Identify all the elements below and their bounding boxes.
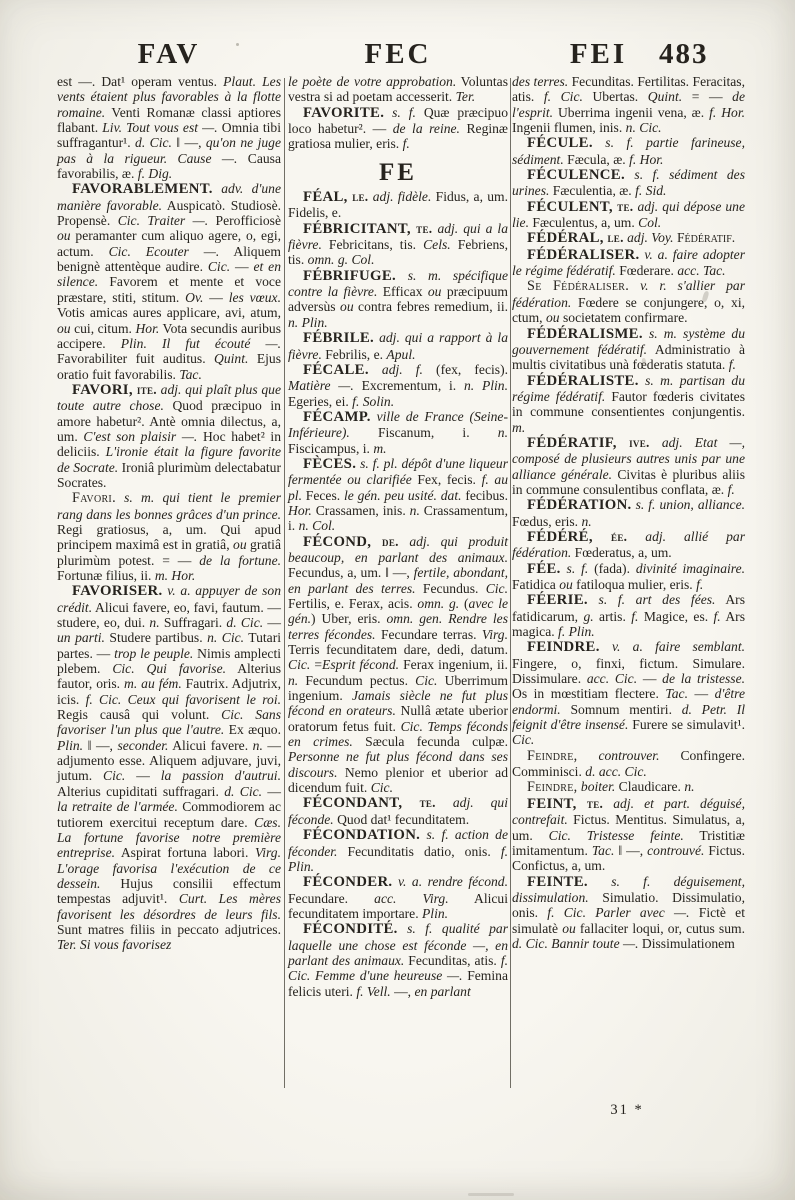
dictionary-entry: FEINDRE. v. a. faire semblant. Fingere, … [512,639,745,747]
headword: FEINT, [527,796,577,812]
dictionary-entry: FÉCALE. adj. f. (fex, fecis). Matière —.… [288,362,508,409]
ink-speck [468,1193,514,1196]
headword: FÉCALE. [303,362,369,378]
headword: FÉCONDITÉ. [303,921,398,937]
text-column-right: des terres. Fecunditas. Fertilitas. Fera… [512,74,745,951]
headword: FÉDÉRALISER. [527,247,640,263]
sub-headword: Se Fédéraliser. [527,278,629,294]
text-column-left: est —. Dat¹ operam ventus. Plaut. Les ve… [57,74,281,953]
headword: FÉDÉRATIF, [527,435,617,451]
dictionary-entry: FÉDÉRALISME. s. m. système du gouverneme… [512,326,745,373]
headword: FÉDÉRÉ, [527,529,593,545]
headword-inflection: ive. [617,435,650,450]
entry-continuation: le poète de votre approbation. Voluntas … [288,74,508,105]
text-column-middle: le poète de votre approbation. Voluntas … [288,74,508,999]
headword: FÉCOND, [303,534,371,550]
dictionary-entry: Feindre, boiter. Claudicare. n. [512,779,745,795]
headword: FÉDÉRALISTE. [527,373,639,389]
column-rule-right [510,78,511,1088]
headword-inflection: le. [604,230,624,245]
headword: FAVORISER. [72,583,163,599]
headword: FÉBRILE. [303,330,374,346]
headword: FÉCULE. [527,135,593,151]
running-head-left: FAV [57,38,281,74]
headword: FÉCONDER. [303,874,392,890]
dictionary-entry: FÉERIE. s. f. art des fées. Ars fatidica… [512,592,745,639]
sub-headword: Feindre, [527,779,578,795]
dictionary-entry: FÉDÉRATION. s. f. union, alliance. Fœdus… [512,497,745,529]
dictionary-entry: FÉCULE. s. f. partie farineuse, sédiment… [512,135,745,167]
dictionary-entry: FÉCONDATION. s. f. action de féconder. F… [288,827,508,874]
headword: FÉCONDANT, [303,795,402,811]
dictionary-entry: FEINTE. s. f. déguisement, dissimulation… [512,874,745,952]
dictionary-entry: FAVORITE. s. f. Quæ præcipuo loco habetu… [288,105,508,152]
dictionary-entry: FÉAL, le. adj. fidèle. Fidus, a, um. Fid… [288,189,508,221]
signature-mark: 31 * [592,1102,662,1119]
dictionary-entry: FÉCULENT, te. adj. qui dépose une lie. F… [512,199,745,231]
dictionary-entry: FÉBRICITANT, te. adj. qui a la fièvre. F… [288,221,508,268]
scanned-dictionary-page: FAV FEC FEI 483 est —. Dat¹ operam ventu… [0,0,795,1200]
dictionary-entry: FÉCONDER. v. a. rendre fécond. Fecundare… [288,874,508,921]
page-number: 483 [659,38,745,74]
headword: FÈCES. [303,456,356,472]
dictionary-entry: FÈCES. s. f. pl. dépôt d'une liqueur fer… [288,456,508,534]
headword: FÉERIE. [527,592,588,608]
dictionary-entry: FAVORI, ite. adj. qui plaît plus que tou… [57,382,281,490]
dictionary-entry: FÉDÉRÉ, ée. adj. allié par fédération. F… [512,529,745,561]
headword-inflection: te. [613,199,634,214]
column-rule-left [284,78,285,1088]
dictionary-entry: FÉCULENCE. s. f. sédiment des urines. Fæ… [512,167,745,199]
headword-inflection: te. [402,795,436,810]
headword-inflection: te. [577,796,604,811]
headword: FÉDÉRATION. [527,497,632,513]
headword: FÉDÉRAL, [527,230,604,246]
dictionary-entry: FÉDÉRATIF, ive. adj. Etat —, composé de … [512,435,745,497]
dictionary-entry: Favori. s. m. qui tient le premier rang … [57,490,281,583]
dictionary-entry: FÉE. s. f. (fada). divinité imaginaire. … [512,561,745,593]
headword-inflection: ée. [593,529,627,544]
dictionary-entry: FEINT, te. adj. et part. déguisé, contre… [512,796,745,874]
headword: FÉCONDATION. [303,827,420,843]
sub-headword: Favori. [72,490,116,506]
headword: FÉCULENT, [527,199,613,215]
headword-inflection: le. [348,189,369,204]
sub-headword: Feindre, [527,748,578,764]
running-head-center: FEC [288,38,508,74]
headword: FÉCAMP. [303,409,371,425]
headword: FEINDRE. [527,639,600,655]
section-heading: FE [288,165,508,180]
headword-inflection: te. [411,221,433,236]
entry-continuation: des terres. Fecunditas. Fertilitas. Fera… [512,74,745,135]
headword: FAVORABLEMENT. [72,181,213,197]
ink-speck [236,43,239,46]
headword: FÉE. [527,561,561,577]
headword-inflection: de. [371,534,399,549]
headword: FÉCULENCE. [527,167,625,183]
dictionary-entry: FAVORISER. v. a. appuyer de son crédit. … [57,583,281,952]
dictionary-entry: FÉCONDANT, te. adj. qui féconde. Quod da… [288,795,508,827]
headword: FÉBRICITANT, [303,221,411,237]
headword: FÉDÉRALISME. [527,326,643,342]
headword: FAVORITE. [303,105,384,121]
dictionary-entry: FAVORABLEMENT. adv. d'une manière favora… [57,181,281,381]
entry-continuation: est —. Dat¹ operam ventus. Plaut. Les ve… [57,74,281,181]
dictionary-entry: FÉBRIFUGE. s. m. spécifique contre la fi… [288,268,508,330]
dictionary-entry: FÉCOND, de. adj. qui produit beaucoup, e… [288,534,508,796]
dictionary-entry: FÉDÉRALISER. v. a. faire adopter le régi… [512,247,745,279]
dictionary-entry: FÉDÉRALISTE. s. m. partisan du régime fé… [512,373,745,435]
dictionary-entry: FÉCONDITÉ. s. f. qualité par laquelle un… [288,921,508,999]
running-head-right-label: FEI [512,38,659,74]
headword: FEINTE. [527,874,588,890]
dictionary-entry: FÉCAMP. ville de France (Seine-Inférieur… [288,409,508,456]
dictionary-entry: FÉDÉRAL, le. adj. Voy. Fédératif. [512,230,745,246]
dictionary-entry: FÉBRILE. adj. qui a rapport à la fièvre.… [288,330,508,362]
dictionary-entry: Feindre, controuver. Confingere. Commini… [512,748,745,780]
headword: FÉBRIFUGE. [303,268,396,284]
running-head-right: FEI 483 [512,38,745,74]
headword: FAVORI, [72,382,133,398]
headword: FÉAL, [303,189,348,205]
dictionary-entry: Se Fédéraliser. v. r. s'allier par fédér… [512,278,745,325]
headword-inflection: ite. [133,382,157,397]
